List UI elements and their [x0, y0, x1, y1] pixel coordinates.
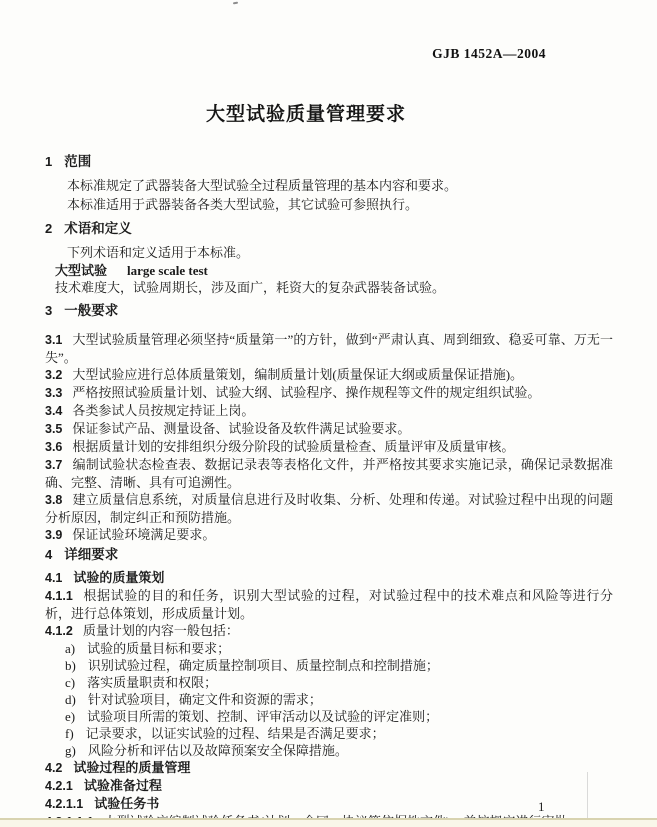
scanned-document-page: GJB 1452A—2004 大型试验质量管理要求 1范围 本标准规定了武器装备…	[0, 0, 657, 827]
document-body: 1范围 本标准规定了武器装备大型试验全过程质量管理的基本内容和要求。 本标准适用…	[45, 153, 613, 827]
list-item-text: 试验的质量目标和要求；	[87, 641, 230, 656]
clause-number: 3.7	[45, 458, 62, 472]
list-marker: b)	[65, 658, 76, 673]
scan-artifact-line	[587, 772, 588, 818]
clause-3-9: 3.9保证试验环境满足要求。	[45, 526, 613, 544]
section-number: 4	[45, 547, 52, 562]
clause-number: 3.5	[45, 422, 62, 436]
list-item-c: c)落实质量职责和权限；	[65, 674, 613, 691]
list-item-d: d)针对试验项目，确定文件和资源的需求；	[65, 691, 613, 708]
section-number: 4.2	[45, 761, 62, 775]
clause-text: 根据质量计划的安排组织分级分阶段的试验质量检查、质量评审及质量审核。	[72, 439, 514, 454]
term-chinese: 大型试验	[55, 263, 107, 278]
clause-number: 4.1.1	[45, 589, 73, 603]
section-number: 4.2.1	[45, 779, 73, 793]
list-item-f: f)记录要求，以证实试验的过程、结果是否满足要求；	[65, 725, 613, 742]
section-title-text: 试验任务书	[94, 796, 159, 811]
section-number: 4.2.1.1	[45, 797, 83, 811]
clause-number: 3.9	[45, 528, 62, 542]
clause-4-1-2: 4.1.2质量计划的内容一般包括：	[45, 622, 613, 640]
clause-number: 3.1	[45, 333, 62, 347]
clause-3-2: 3.2大型试验应进行总体质量策划，编制质量计划(质量保证大纲或质量保证措施)。	[45, 366, 613, 384]
clause-number: 3.8	[45, 493, 62, 507]
list-item-text: 落实质量职责和权限；	[87, 675, 217, 690]
page-number: 1	[538, 799, 545, 815]
clause-3-8: 3.8建立质量信息系统，对质量信息进行及时收集、分析、处理和传递。对试验过程中出…	[45, 491, 613, 526]
clause-3-5: 3.5保证参试产品、测量设备、试验设备及软件满足试验要求。	[45, 420, 613, 438]
subsection-heading-4-2: 4.2试验过程的质量管理	[45, 759, 613, 777]
list-marker: d)	[65, 692, 76, 707]
clause-text: 建立质量信息系统，对质量信息进行及时收集、分析、处理和传递。对试验过程中出现的问…	[45, 492, 613, 525]
section-number: 3	[45, 303, 52, 318]
list-item-e: e)试验项目所需的策划、控制、评审活动以及试验的评定准则；	[65, 708, 613, 725]
section-number: 1	[45, 154, 52, 169]
clause-3-1: 3.1大型试验质量管理必须坚持“质量第一”的方针，做到“严肃认真、周到细致、稳妥…	[45, 331, 613, 366]
clause-3-6: 3.6根据质量计划的安排组织分级分阶段的试验质量检查、质量评审及质量审核。	[45, 438, 613, 456]
clause-text: 保证参试产品、测量设备、试验设备及软件满足试验要求。	[72, 421, 410, 436]
page-bottom-edge	[0, 818, 657, 827]
clause-3-7: 3.7编制试验状态检查表、数据记录表等表格化文件，并严格按其要求实施记录，确保记…	[45, 456, 613, 491]
clause-text: 大型试验应进行总体质量策划，编制质量计划(质量保证大纲或质量保证措施)。	[72, 367, 523, 382]
section-title-text: 详细要求	[64, 547, 118, 562]
standard-number: GJB 1452A—2004	[432, 46, 546, 62]
list-item-text: 试验项目所需的策划、控制、评审活动以及试验的评定准则；	[87, 709, 438, 724]
paragraph: 本标准规定了武器装备大型试验全过程质量管理的基本内容和要求。	[67, 176, 613, 195]
list-marker: g)	[65, 743, 76, 758]
clause-text: 大型试验质量管理必须坚持“质量第一”的方针，做到“严肃认真、周到细致、稳妥可靠、…	[45, 332, 613, 365]
clause-number: 3.4	[45, 404, 62, 418]
clause-number: 3.3	[45, 386, 62, 400]
section-heading-detailed: 4详细要求	[45, 546, 613, 563]
section-title-text: 一般要求	[64, 303, 118, 318]
section-number: 4.1	[45, 571, 62, 585]
clause-3-4: 3.4各类参试人员按规定持证上岗。	[45, 402, 613, 420]
clause-4-1-1: 4.1.1根据试验的目的和任务，识别大型试验的过程，对试验过程中的技术难点和风险…	[45, 587, 613, 622]
list-marker: f)	[65, 726, 74, 741]
paragraph: 下列术语和定义适用于本标准。	[67, 243, 613, 262]
section-title-text: 试验的质量策划	[73, 570, 164, 585]
list-item-text: 记录要求，以证实试验的过程、结果是否满足要求；	[86, 726, 385, 741]
section-title-text: 试验准备过程	[84, 778, 162, 793]
clause-text: 严格按照试验质量计划、试验大纲、试验程序、操作规程等文件的规定组织试验。	[72, 385, 540, 400]
clause-text: 质量计划的内容一般包括：	[83, 623, 239, 638]
section-title-text: 范围	[64, 154, 91, 169]
clause-text: 根据试验的目的和任务，识别大型试验的过程，对试验过程中的技术难点和风险等进行分析…	[45, 588, 613, 621]
paragraph: 本标准适用于武器装备各类大型试验，其它试验可参照执行。	[67, 195, 613, 214]
term-english: large scale test	[127, 263, 208, 278]
term-definition-line: 大型试验large scale test	[55, 262, 613, 279]
list-item-text: 识别试验过程，确定质量控制项目、质量控制点和控制措施；	[88, 658, 439, 673]
document-title: 大型试验质量管理要求	[0, 99, 612, 126]
clause-text: 编制试验状态检查表、数据记录表等表格化文件，并严格按其要求实施记录，确保记录数据…	[45, 457, 613, 490]
section-heading-scope: 1范围	[45, 153, 613, 170]
clause-text: 保证试验环境满足要求。	[72, 527, 215, 542]
list-marker: e)	[65, 709, 75, 724]
list-item-g: g)风险分析和评估以及故障预案安全保障措施。	[65, 742, 613, 759]
list-marker: a)	[65, 641, 75, 656]
section-title-text: 术语和定义	[64, 221, 132, 236]
section-heading-general: 3一般要求	[45, 302, 613, 319]
clause-3-3: 3.3严格按照试验质量计划、试验大纲、试验程序、操作规程等文件的规定组织试验。	[45, 384, 613, 402]
term-definition-text: 技术难度大，试验周期长，涉及面广，耗资大的复杂武器装备试验。	[55, 279, 613, 296]
list-item-text: 针对试验项目，确定文件和资源的需求；	[88, 692, 322, 707]
subsection-heading-4-1: 4.1试验的质量策划	[45, 569, 613, 587]
section-title-text: 试验过程的质量管理	[73, 760, 190, 775]
clause-number: 4.1.2	[45, 624, 73, 638]
section-heading-terms: 2术语和定义	[45, 220, 613, 237]
list-item-b: b)识别试验过程，确定质量控制项目、质量控制点和控制措施；	[65, 657, 613, 674]
clause-number: 3.2	[45, 368, 62, 382]
list-item-a: a)试验的质量目标和要求；	[65, 640, 613, 657]
clause-number: 3.6	[45, 440, 62, 454]
list-marker: c)	[65, 675, 75, 690]
scan-speck-artifact	[233, 2, 238, 5]
subsection-heading-4-2-1: 4.2.1试验准备过程	[45, 777, 613, 795]
clause-text: 各类参试人员按规定持证上岗。	[72, 403, 254, 418]
subsection-heading-4-2-1-1: 4.2.1.1试验任务书	[45, 795, 613, 813]
list-item-text: 风险分析和评估以及故障预案安全保障措施。	[88, 743, 348, 758]
section-number: 2	[45, 221, 52, 236]
